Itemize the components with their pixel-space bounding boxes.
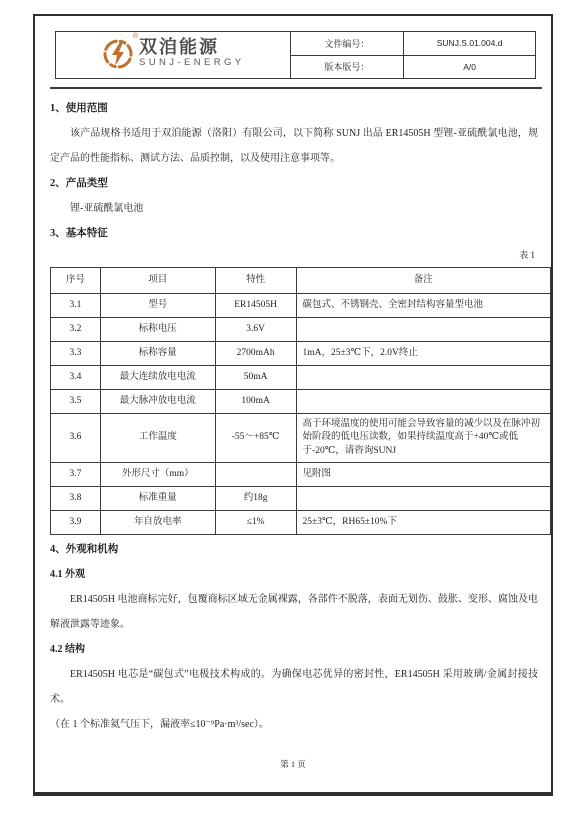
table-row: 3.5最大脉冲放电电流100mA xyxy=(51,390,551,414)
section-4-2-note: （在 1 个标准氦气压下，漏液率≤10⁻⁹Pa·m³/sec）。 xyxy=(50,712,538,737)
version-value: A/0 xyxy=(404,55,536,79)
column-header: 备注 xyxy=(296,268,550,294)
table-cell: 标准重量 xyxy=(100,486,215,510)
logo-cell: ® 双洎能源 SUNJ-ENERGY xyxy=(56,32,291,79)
version-label: 版本版号： xyxy=(290,55,404,79)
table-cell: 高于环境温度的使用可能会导致容量的减少以及在脉冲初始阶段的低电压读数，如果持续温… xyxy=(296,414,550,463)
table-header-row: 序号项目特性备注 xyxy=(51,268,551,294)
logo-chinese-name: 双洎能源 xyxy=(139,38,245,57)
table-cell: 3.4 xyxy=(51,366,101,390)
lightning-circle-icon: ® xyxy=(101,35,135,71)
table-cell: 3.1 xyxy=(51,294,101,318)
table-cell: 标称容量 xyxy=(100,342,215,366)
table-cell: 25±3℃，RH65±10%下 xyxy=(296,510,550,534)
section-1-paragraph: 该产品规格书适用于双洎能源（洛阳）有限公司，以下简称 SUNJ 出品 ER145… xyxy=(50,121,538,171)
table-cell: 3.5 xyxy=(51,390,101,414)
table-cell: 外形尺寸（mm） xyxy=(100,462,215,486)
section-1-heading: 1、使用范围 xyxy=(50,96,538,121)
table-cell xyxy=(296,486,550,510)
logo-english-name: SUNJ-ENERGY xyxy=(139,57,245,68)
table-cell: 标称电压 xyxy=(100,318,215,342)
table-cell xyxy=(296,390,550,414)
table-cell: 100mA xyxy=(215,390,296,414)
table-cell: 3.9 xyxy=(51,510,101,534)
section-2-heading: 2、产品类型 xyxy=(50,171,538,196)
table-cell: 3.8 xyxy=(51,486,101,510)
table-row: 3.6工作温度-55～+85℃高于环境温度的使用可能会导致容量的减少以及在脉冲初… xyxy=(51,414,551,463)
table-cell xyxy=(215,462,296,486)
table-cell: 最大连续放电电流 xyxy=(100,366,215,390)
table-cell: ≤1% xyxy=(215,510,296,534)
table-row: 3.9年自放电率≤1%25±3℃，RH65±10%下 xyxy=(51,510,551,534)
table-cell: 3.2 xyxy=(51,318,101,342)
table-cell: 1mA，25±3℃下，2.0V终止 xyxy=(296,342,550,366)
table-cell: 3.7 xyxy=(51,462,101,486)
column-header: 项目 xyxy=(100,268,215,294)
table-cell: 3.6V xyxy=(215,318,296,342)
table-cell: 年自放电率 xyxy=(100,510,215,534)
doc-number-value: SUNJ.S.01.004.d xyxy=(404,32,536,56)
content-frame: ® 双洎能源 SUNJ-ENERGY 文件编号： SUNJ.S.01.004.d… xyxy=(33,14,553,796)
table-cell: 3.3 xyxy=(51,342,101,366)
table-cell: 型号 xyxy=(100,294,215,318)
section-4-2-paragraph: ER14505H 电芯是“碳包式”电极技术构成的。为确保电芯优异的密封性，ER1… xyxy=(50,662,538,712)
table-cell: 最大脉冲放电电流 xyxy=(100,390,215,414)
table-row: 3.7外形尺寸（mm）见附图 xyxy=(51,462,551,486)
document-page: ® 双洎能源 SUNJ-ENERGY 文件编号： SUNJ.S.01.004.d… xyxy=(0,0,587,814)
section-4-2-heading: 4.2 结构 xyxy=(50,637,538,662)
document-body: 1、使用范围 该产品规格书适用于双洎能源（洛阳）有限公司，以下简称 SUNJ 出… xyxy=(35,89,551,737)
table-cell: ER14505H xyxy=(215,294,296,318)
table-caption: 表 1 xyxy=(50,246,538,264)
table-row: 3.8标准重量约18g xyxy=(51,486,551,510)
doc-number-label: 文件编号： xyxy=(290,32,404,56)
section-4-heading: 4、外观和机构 xyxy=(50,537,538,562)
table-cell: 碳包式、不锈钢壳、全密封结构容量型电池 xyxy=(296,294,550,318)
table-cell: -55～+85℃ xyxy=(215,414,296,463)
table-cell: 3.6 xyxy=(51,414,101,463)
section-4-1-paragraph: ER14505H 电池商标完好，包覆商标区域无金属裸露，各部件不脱落，表面无划伤… xyxy=(50,587,538,637)
table-cell xyxy=(296,318,550,342)
section-2-paragraph: 锂-亚硫酰氯电池 xyxy=(50,196,538,221)
table-cell xyxy=(296,366,550,390)
table-cell: 见附图 xyxy=(296,462,550,486)
table-cell: 工作温度 xyxy=(100,414,215,463)
table-row: 3.1型号ER14505H碳包式、不锈钢壳、全密封结构容量型电池 xyxy=(51,294,551,318)
section-3-heading: 3、基本特征 xyxy=(50,221,538,246)
section-4-1-heading: 4.1 外观 xyxy=(50,562,538,587)
spec-table: 序号项目特性备注 3.1型号ER14505H碳包式、不锈钢壳、全密封结构容量型电… xyxy=(50,267,551,535)
table-cell: 约18g xyxy=(215,486,296,510)
page-number: 第 1 页 xyxy=(35,758,551,770)
table-row: 3.2标称电压3.6V xyxy=(51,318,551,342)
table-row: 3.4最大连续放电电流50mA xyxy=(51,366,551,390)
logo-text: 双洎能源 SUNJ-ENERGY xyxy=(139,38,245,68)
table-cell: 50mA xyxy=(215,366,296,390)
company-logo: ® 双洎能源 SUNJ-ENERGY xyxy=(101,35,245,71)
table-cell: 2700mAh xyxy=(215,342,296,366)
column-header: 特性 xyxy=(215,268,296,294)
registered-mark: ® xyxy=(133,33,138,40)
header-table: ® 双洎能源 SUNJ-ENERGY 文件编号： SUNJ.S.01.004.d… xyxy=(55,31,536,79)
table-row: 3.3标称容量2700mAh1mA，25±3℃下，2.0V终止 xyxy=(51,342,551,366)
column-header: 序号 xyxy=(51,268,101,294)
